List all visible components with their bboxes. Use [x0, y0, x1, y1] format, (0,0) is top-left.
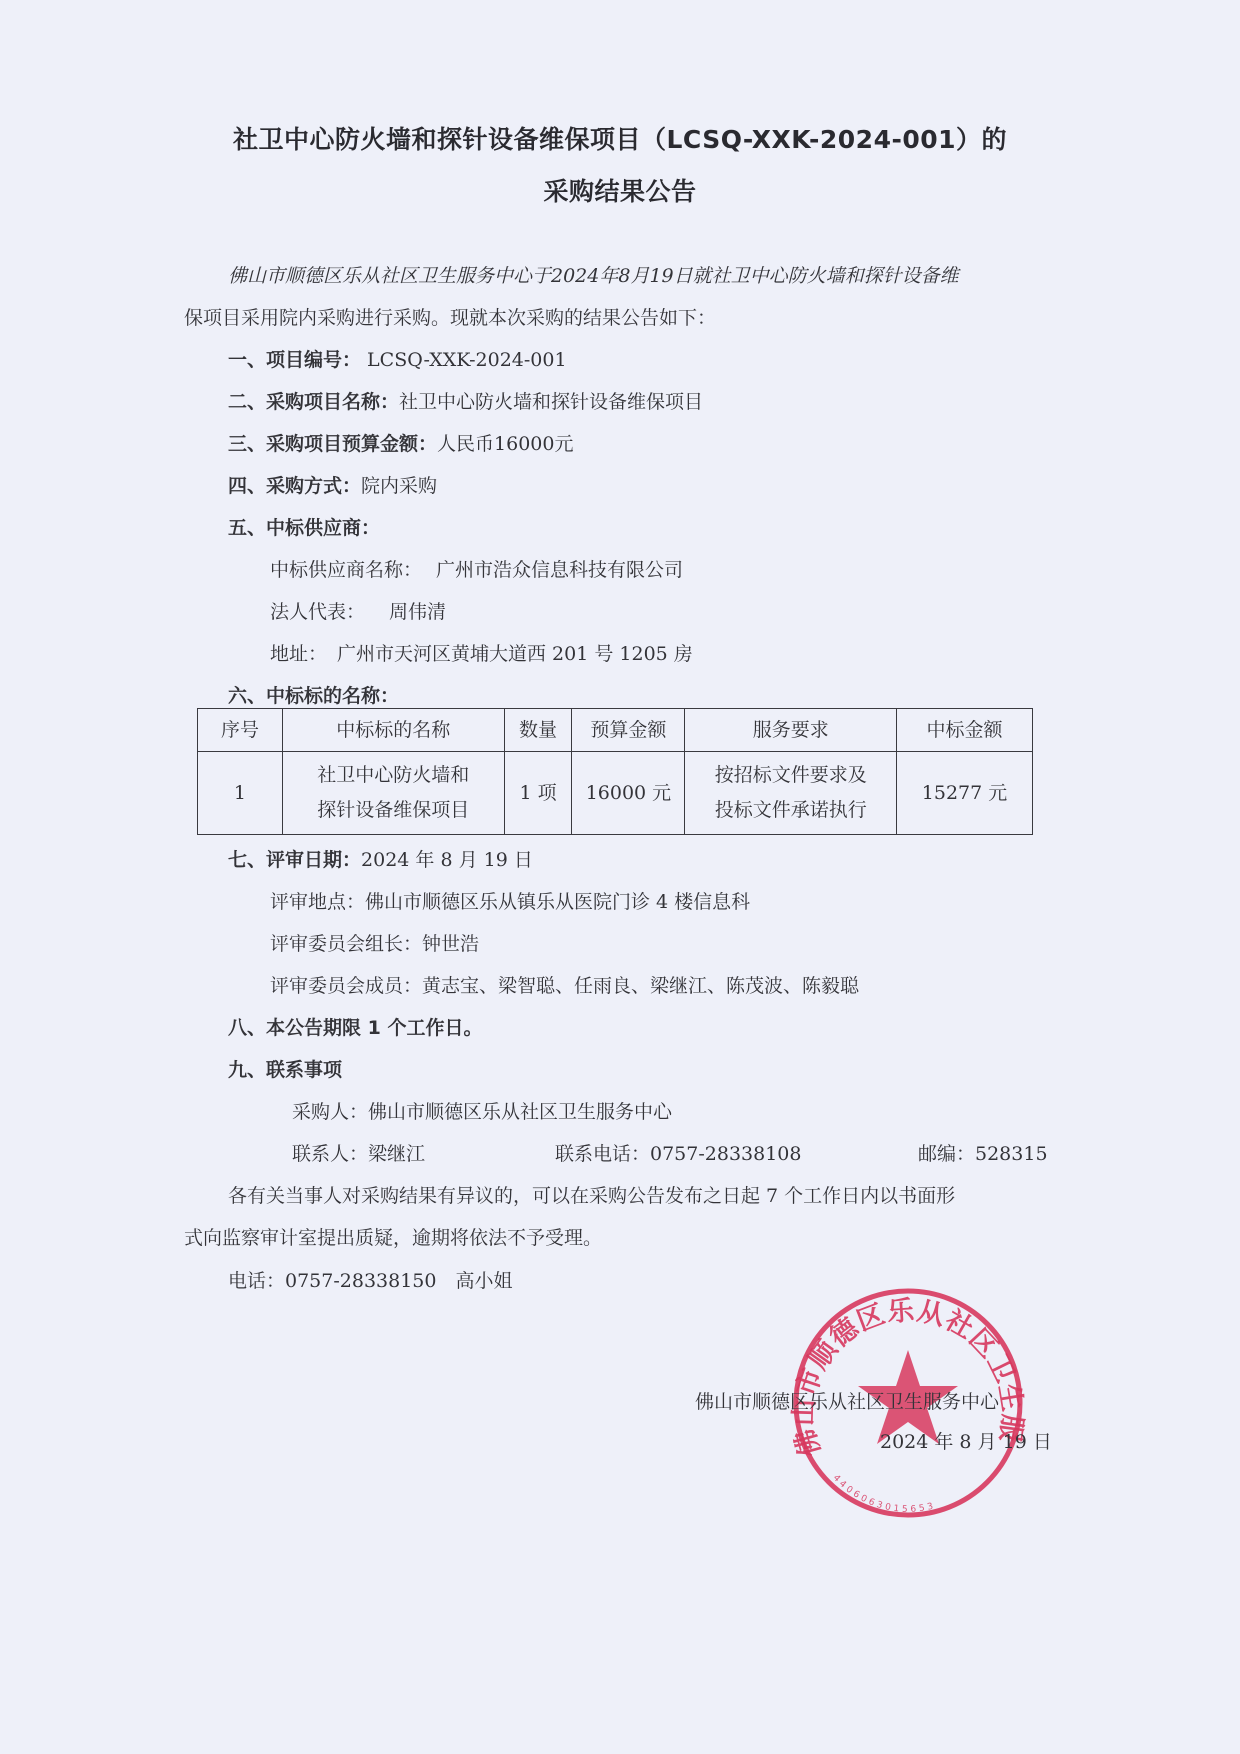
objection-line1: 各有关当事人对采购结果有异议的，可以在采购公告发布之日起 7 个工作日内以书面形: [228, 1181, 955, 1208]
contact-person: 联系人：梁继江: [292, 1139, 425, 1166]
item-name-line2: 探针设备维保项目: [289, 793, 498, 828]
signature-organization: 佛山市顺德区乐从社区卫生服务中心: [695, 1387, 999, 1414]
purchaser-row: 采购人：佛山市顺德区乐从社区卫生服务中心: [292, 1097, 672, 1124]
header-cell-budget: 预算金额: [572, 709, 685, 752]
header-cell-service-requirement: 服务要求: [685, 709, 897, 752]
address-value: 广州市天河区黄埔大道西 201 号 1205 房: [337, 643, 693, 665]
legal-rep-row: 法人代表：周伟清: [270, 597, 446, 624]
section-label: 二、采购项目名称：: [228, 391, 399, 413]
section-budget: 三、采购项目预算金额：人民币16000元: [228, 429, 573, 456]
item-name-line1: 社卫中心防火墙和: [289, 758, 498, 793]
cell-service-requirement: 按招标文件要求及 投标文件承诺执行: [685, 752, 897, 835]
section-label: 五、中标供应商：: [228, 517, 380, 539]
procurement-method-value: 院内采购: [361, 475, 437, 497]
review-committee-members: 评审委员会成员：黄志宝、梁智聪、任雨良、梁继江、陈茂波、陈毅聪: [270, 971, 859, 998]
section-label: 一、项目编号：: [228, 349, 361, 371]
section-procurement-method: 四、采购方式：院内采购: [228, 471, 437, 498]
section-label: 三、采购项目预算金额：: [228, 433, 437, 455]
signature-date: 2024 年 8 月 19 日: [880, 1427, 1052, 1454]
section-notice-period: 八、本公告期限 1 个工作日。: [228, 1013, 482, 1040]
section-bid-item: 六、中标标的名称：: [228, 681, 399, 708]
header-cell-no: 序号: [198, 709, 283, 752]
legal-rep-label: 法人代表：: [270, 601, 365, 623]
section-review-date: 七、评审日期：2024 年 8 月 19 日: [228, 845, 533, 872]
contact-phone: 联系电话：0757-28338108: [555, 1139, 801, 1166]
section-project-name: 二、采购项目名称：社卫中心防火墙和探针设备维保项目: [228, 387, 703, 414]
address-row: 地址：广州市天河区黄埔大道西 201 号 1205 房: [270, 639, 693, 666]
section-label: 七、评审日期：: [228, 849, 361, 871]
project-number-value: LCSQ-XXK-2024-001: [361, 349, 567, 371]
legal-rep-value: 周伟清: [389, 601, 446, 623]
section-contact: 九、联系事项: [228, 1055, 342, 1082]
section-label: 九、联系事项: [228, 1059, 342, 1081]
table-row: 1 社卫中心防火墙和 探针设备维保项目 1 项 16000 元 按招标文件要求及…: [198, 752, 1033, 835]
supplier-name-row: 中标供应商名称：广州市浩众信息科技有限公司: [270, 555, 683, 582]
intro-paragraph-line2: 保项目采用院内采购进行采购。现就本次采购的结果公告如下：: [184, 303, 716, 330]
section-label: 六、中标标的名称：: [228, 685, 399, 707]
announcement-page: 社卫中心防火墙和探针设备维保项目（LCSQ-XXK-2024-001）的 采购结…: [0, 0, 1240, 1754]
review-location: 评审地点：佛山市顺德区乐从镇乐从医院门诊 4 楼信息科: [270, 887, 750, 914]
objection-phone: 电话：0757-28338150 高小姐: [228, 1266, 512, 1293]
section-label: 四、采购方式：: [228, 475, 361, 497]
supplier-name-value: 广州市浩众信息科技有限公司: [436, 559, 683, 581]
postcode: 邮编：528315: [918, 1139, 1048, 1166]
cell-item-name: 社卫中心防火墙和 探针设备维保项目: [282, 752, 504, 835]
section-project-number: 一、项目编号： LCSQ-XXK-2024-001: [228, 345, 567, 372]
cell-award-amount: 15277 元: [897, 752, 1033, 835]
supplier-name-label: 中标供应商名称：: [270, 559, 422, 581]
document-title: 社卫中心防火墙和探针设备维保项目（LCSQ-XXK-2024-001）的: [0, 120, 1240, 156]
svg-text:4406063015653: 4406063015653: [831, 1473, 938, 1515]
intro-paragraph-line1: 佛山市顺德区乐从社区卫生服务中心于2024年8月19日就社卫中心防火墙和探针设备…: [228, 261, 959, 288]
section-label: 八、本公告期限 1 个工作日。: [228, 1017, 482, 1039]
budget-value: 人民币16000元: [437, 433, 573, 455]
document-subtitle: 采购结果公告: [0, 172, 1240, 208]
review-date-value: 2024 年 8 月 19 日: [361, 849, 533, 871]
objection-line2: 式向监察审计室提出质疑，逾期将依法不予受理。: [184, 1223, 602, 1250]
project-name-value: 社卫中心防火墙和探针设备维保项目: [399, 391, 703, 413]
header-cell-award-amount: 中标金额: [897, 709, 1033, 752]
section-winning-supplier: 五、中标供应商：: [228, 513, 380, 540]
cell-quantity: 1 项: [504, 752, 572, 835]
requirement-line2: 投标文件承诺执行: [691, 793, 890, 828]
table-header-row: 序号 中标标的名称 数量 预算金额 服务要求 中标金额: [198, 709, 1033, 752]
bid-result-table: 序号 中标标的名称 数量 预算金额 服务要求 中标金额 1 社卫中心防火墙和 探…: [197, 708, 1033, 835]
header-cell-item-name: 中标标的名称: [282, 709, 504, 752]
header-cell-quantity: 数量: [504, 709, 572, 752]
review-committee-leader: 评审委员会组长：钟世浩: [270, 929, 479, 956]
address-label: 地址：: [270, 643, 327, 665]
cell-no: 1: [198, 752, 283, 835]
requirement-line1: 按招标文件要求及: [691, 758, 890, 793]
cell-budget: 16000 元: [572, 752, 685, 835]
